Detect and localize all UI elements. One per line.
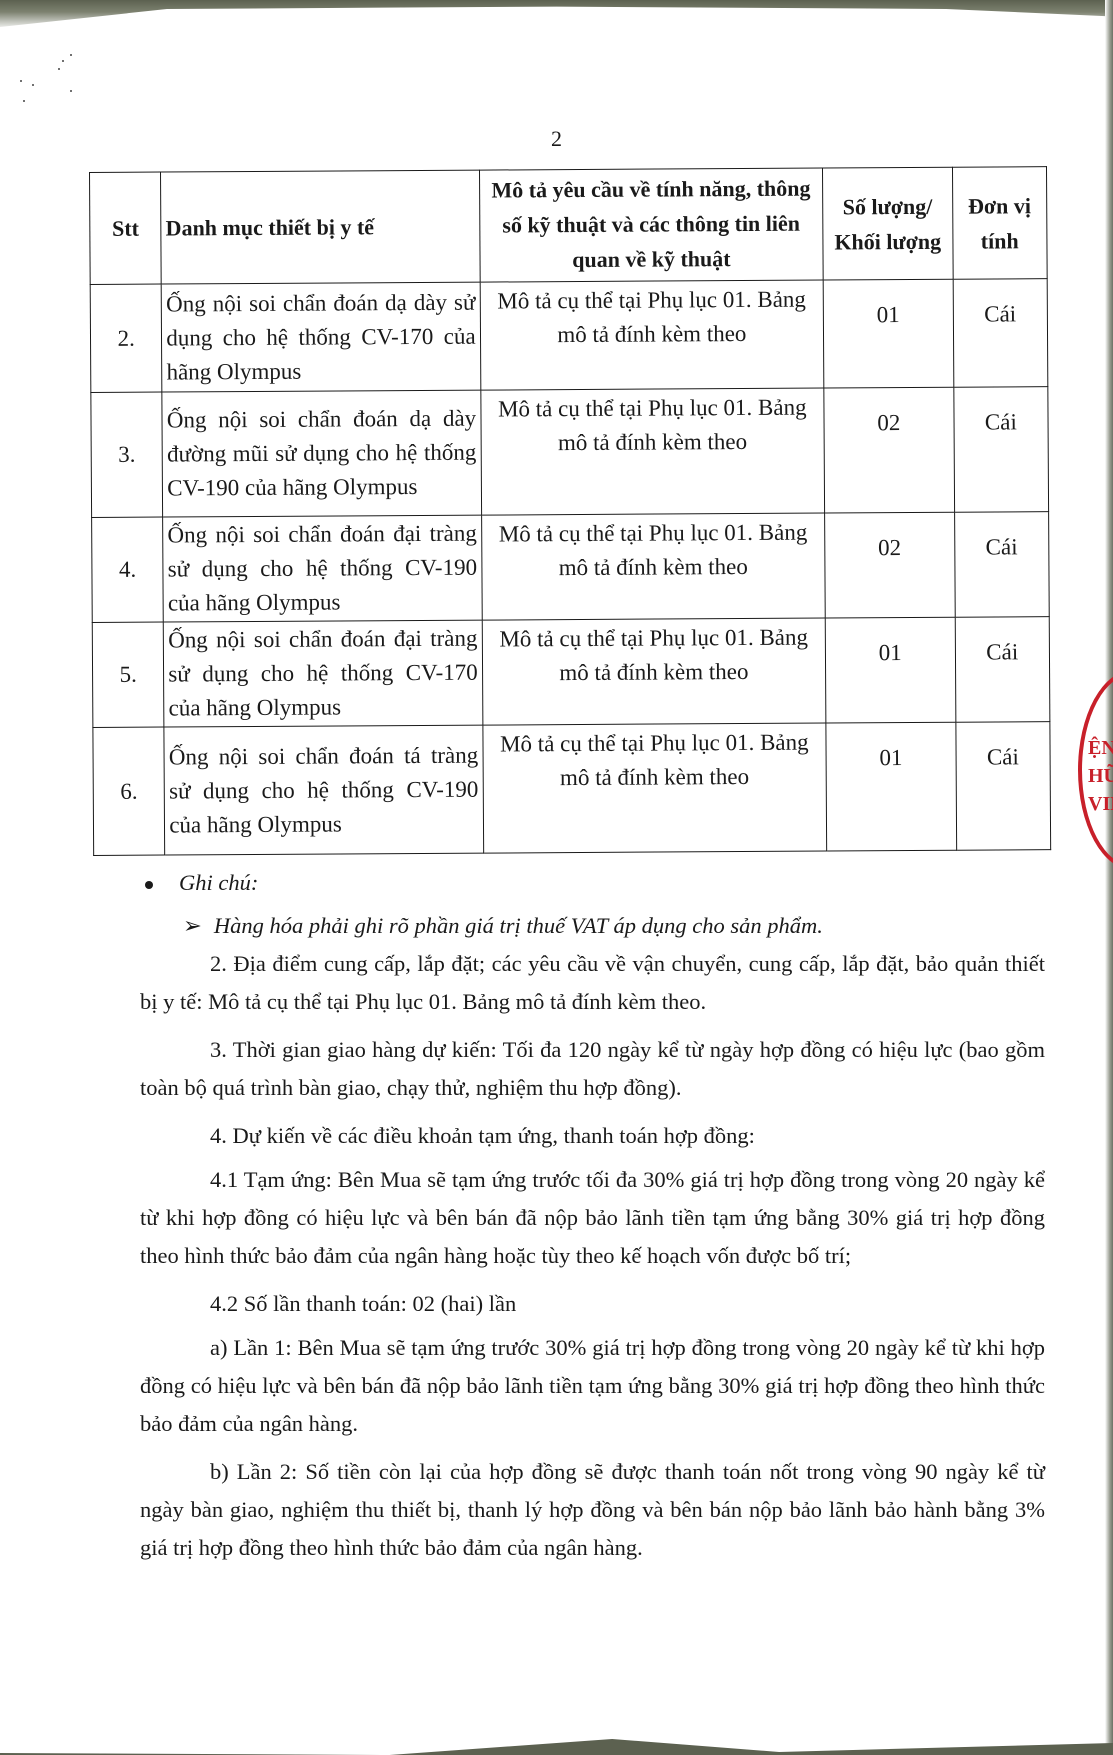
- equipment-table: Stt Danh mục thiết bị y tế Mô tả yêu cầu…: [89, 166, 1051, 856]
- row-stt: 4.: [92, 517, 164, 622]
- bullet-icon: [145, 881, 153, 889]
- notes-heading: Ghi chú:: [145, 870, 258, 896]
- row-quantity: 01: [823, 279, 953, 388]
- row-description: Mô tả cụ thể tại Phụ lục 01. Bảng mô tả …: [480, 388, 824, 515]
- arrow-bullet-icon: ➢: [183, 913, 202, 938]
- scan-edge-right: [1105, 0, 1113, 1755]
- row-quantity: 02: [825, 512, 955, 618]
- row-unit: Cái: [954, 512, 1049, 618]
- row-unit: Cái: [953, 387, 1048, 513]
- table-row: 4.Ống nội soi chẩn đoán đại tràng sử dụn…: [92, 512, 1050, 623]
- row-description: Mô tả cụ thể tại Phụ lục 01. Bảng mô tả …: [482, 618, 826, 725]
- paragraph-payment-terms: 4. Dự kiến về các điều khoản tạm ứng, th…: [140, 1117, 1045, 1155]
- row-quantity: 01: [826, 722, 956, 851]
- row-device-name: Ống nội soi chẩn đoán dạ dày đường mũi s…: [162, 390, 481, 517]
- paragraph-second-payment: b) Lần 2: Số tiền còn lại của hợp đồng s…: [140, 1453, 1045, 1567]
- row-device-name: Ống nội soi chẩn đoán tá tràng sử dụng c…: [164, 725, 483, 855]
- paragraph-advance: 4.1 Tạm ứng: Bên Mua sẽ tạm ứng trước tố…: [140, 1161, 1045, 1275]
- table-row: 5.Ống nội soi chẩn đoán đại tràng sử dụn…: [92, 617, 1050, 728]
- scan-specks: [18, 52, 78, 102]
- stamp-line: VIỆ: [1088, 790, 1113, 818]
- terms-body: 2. Địa điểm cung cấp, lắp đặt; các yêu c…: [140, 945, 1045, 1577]
- table-row: 3.Ống nội soi chẩn đoán dạ dày đường mũi…: [91, 387, 1049, 518]
- row-unit: Cái: [955, 722, 1050, 851]
- row-stt: 5.: [92, 622, 164, 727]
- red-seal-stamp: ỆNH HỮU VIỆ: [1078, 670, 1113, 870]
- header-description: Mô tả yêu cầu về tính năng, thông số kỹ …: [479, 168, 823, 282]
- row-device-name: Ống nội soi chẩn đoán đại tràng sử dụng …: [163, 515, 482, 622]
- paragraph-delivery-time: 3. Thời gian giao hàng dự kiến: Tối đa 1…: [140, 1031, 1045, 1107]
- note-item: ➢Hàng hóa phải ghi rõ phần giá trị thuế …: [183, 913, 823, 939]
- stamp-line: ỆNH: [1088, 734, 1113, 762]
- row-stt: 3.: [91, 392, 163, 517]
- row-stt: 6.: [93, 727, 165, 855]
- page-number: 2: [0, 126, 1113, 152]
- stamp-line: HỮU: [1088, 762, 1113, 790]
- row-device-name: Ống nội soi chẩn đoán đại tràng sử dụng …: [164, 620, 483, 727]
- notes-label: Ghi chú:: [179, 870, 258, 895]
- row-unit: Cái: [955, 617, 1050, 723]
- header-name: Danh mục thiết bị y tế: [161, 170, 480, 284]
- table-row: 6.Ống nội soi chẩn đoán tá tràng sử dụng…: [93, 722, 1051, 856]
- row-quantity: 02: [824, 387, 954, 513]
- scan-edge-top: [0, 0, 1113, 30]
- row-device-name: Ống nội soi chẩn đoán dạ dày sử dụng cho…: [161, 282, 480, 392]
- paragraph-payment-count: 4.2 Số lần thanh toán: 02 (hai) lần: [140, 1285, 1045, 1323]
- row-description: Mô tả cụ thể tại Phụ lục 01. Bảng mô tả …: [480, 280, 824, 390]
- table-row: 2.Ống nội soi chẩn đoán dạ dày sử dụng c…: [90, 279, 1048, 393]
- row-description: Mô tả cụ thể tại Phụ lục 01. Bảng mô tả …: [481, 513, 825, 620]
- row-stt: 2.: [90, 284, 162, 392]
- row-quantity: 01: [825, 617, 955, 723]
- header-quantity: Số lượng/ Khối lượng: [823, 167, 953, 280]
- row-unit: Cái: [953, 279, 1048, 388]
- paragraph-delivery-location: 2. Địa điểm cung cấp, lắp đặt; các yêu c…: [140, 945, 1045, 1021]
- row-description: Mô tả cụ thể tại Phụ lục 01. Bảng mô tả …: [483, 723, 827, 853]
- scan-edge-bottom: [0, 1735, 1113, 1755]
- header-stt: Stt: [90, 172, 162, 284]
- header-unit: Đơn vị tính: [952, 167, 1047, 280]
- note-item-text: Hàng hóa phải ghi rõ phần giá trị thuế V…: [214, 913, 823, 938]
- table-header-row: Stt Danh mục thiết bị y tế Mô tả yêu cầu…: [90, 167, 1048, 285]
- paragraph-first-payment: a) Lần 1: Bên Mua sẽ tạm ứng trước 30% g…: [140, 1329, 1045, 1443]
